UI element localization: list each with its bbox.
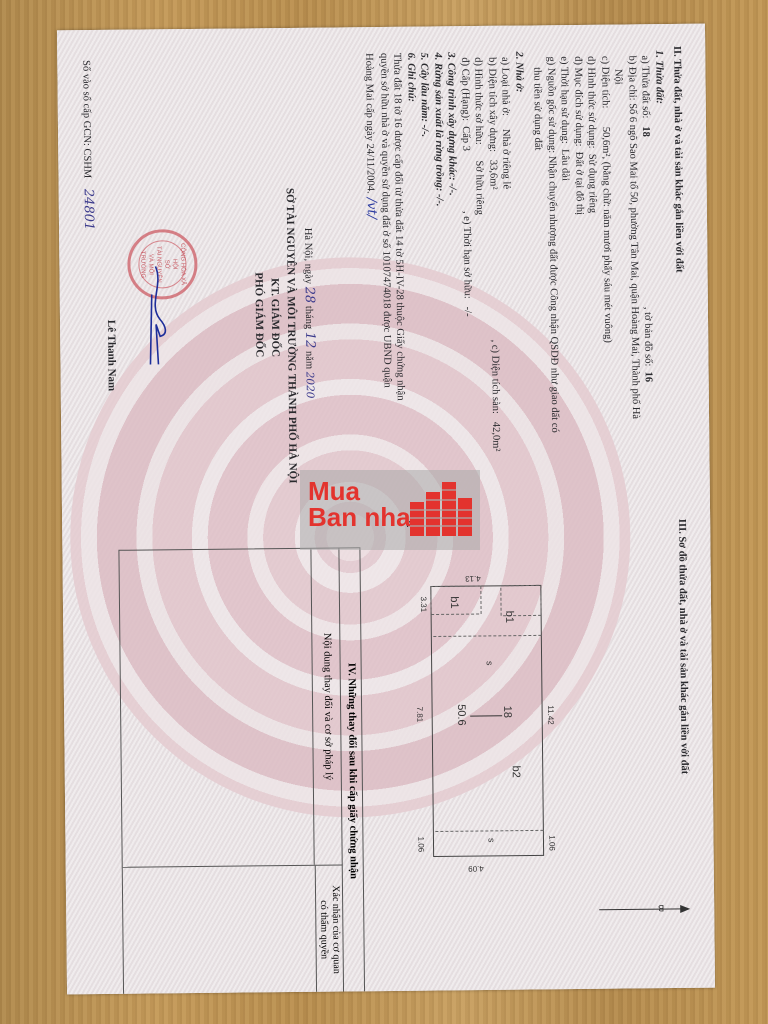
on-behalf-label: KT. GIÁM ĐỐC	[268, 278, 283, 357]
svg-text:B: B	[658, 903, 664, 913]
issuing-agency: SỞ TÀI NGUYÊN VÀ MÔI TRƯỜNG THÀNH PHỐ HÀ…	[283, 188, 300, 484]
register-entry: Số vào sổ cấp GCN: CSHM 24801	[78, 60, 95, 230]
svg-text:b1: b1	[503, 611, 515, 623]
buildings-logo-icon	[410, 480, 474, 538]
month-value: 12	[302, 332, 317, 349]
changes-column: Nội dung thay đổi và cơ sở pháp lý	[119, 548, 342, 867]
watermark-line1: Mua	[308, 478, 360, 504]
parcel-diagram: b1 b1 s b2 s 18 50.6 4.13 4.09 3.31 7.81…	[401, 565, 584, 887]
signer-name: Lê Thanh Nam	[104, 320, 119, 391]
year-value: 2020	[304, 372, 316, 399]
svg-text:1.06: 1.06	[547, 835, 556, 851]
confirmation-column-header: Xác nhận của cơ quan có thẩm quyền	[315, 865, 344, 993]
svg-text:3.31: 3.31	[419, 597, 428, 613]
house-details: 2. Nhà ở: a) Loại nhà ở: Nhà ở riêng lẻ …	[363, 52, 529, 453]
day-value: 28	[302, 287, 317, 304]
land-details: 1. Thửa đất: a) Thửa đất số: 18, tờ bản …	[530, 50, 669, 433]
svg-text:s: s	[486, 838, 496, 843]
section-3-title: III. Sơ đồ thửa đất, nhà ở và tài sản kh…	[674, 519, 691, 775]
changes-column-header: Nội dung thay đổi và cơ sở pháp lý	[310, 548, 342, 864]
svg-text:1.06: 1.06	[416, 837, 425, 853]
register-number: 24801	[81, 189, 96, 231]
north-arrow-icon: B	[594, 894, 694, 925]
watermark-line2: Ban nha	[308, 504, 411, 530]
svg-text:11.42: 11.42	[546, 705, 555, 725]
register-label: Số vào sổ cấp GCN: CSHM	[80, 60, 92, 178]
svg-text:b2: b2	[510, 766, 522, 778]
section-2: II. Thửa đất, nhà ở và tài sản khác gắn …	[669, 46, 688, 526]
svg-text:7.81: 7.81	[415, 707, 424, 723]
place-date: Hà Nội, ngày 28 tháng 12 năm 2020	[300, 228, 317, 399]
svg-text:18: 18	[501, 706, 513, 718]
confirmation-column: Xác nhận của cơ quan có thẩm quyền	[123, 865, 344, 994]
svg-text:4.13: 4.13	[465, 574, 481, 583]
muabannha-watermark: Mua Ban nha .vn	[300, 470, 480, 550]
signer-position: PHÓ GIÁM ĐỐC	[252, 272, 267, 357]
svg-text:50.6: 50.6	[455, 704, 467, 726]
handwritten-signature	[137, 264, 178, 374]
section-2-title: II. Thửa đất, nhà ở và tài sản khác gắn …	[669, 46, 688, 526]
changes-table: IV. Những thay đổi sau khi cấp giấy chứn…	[118, 547, 365, 994]
svg-text:b1: b1	[448, 596, 460, 608]
svg-text:s: s	[485, 661, 495, 666]
svg-text:4.09: 4.09	[468, 864, 484, 873]
